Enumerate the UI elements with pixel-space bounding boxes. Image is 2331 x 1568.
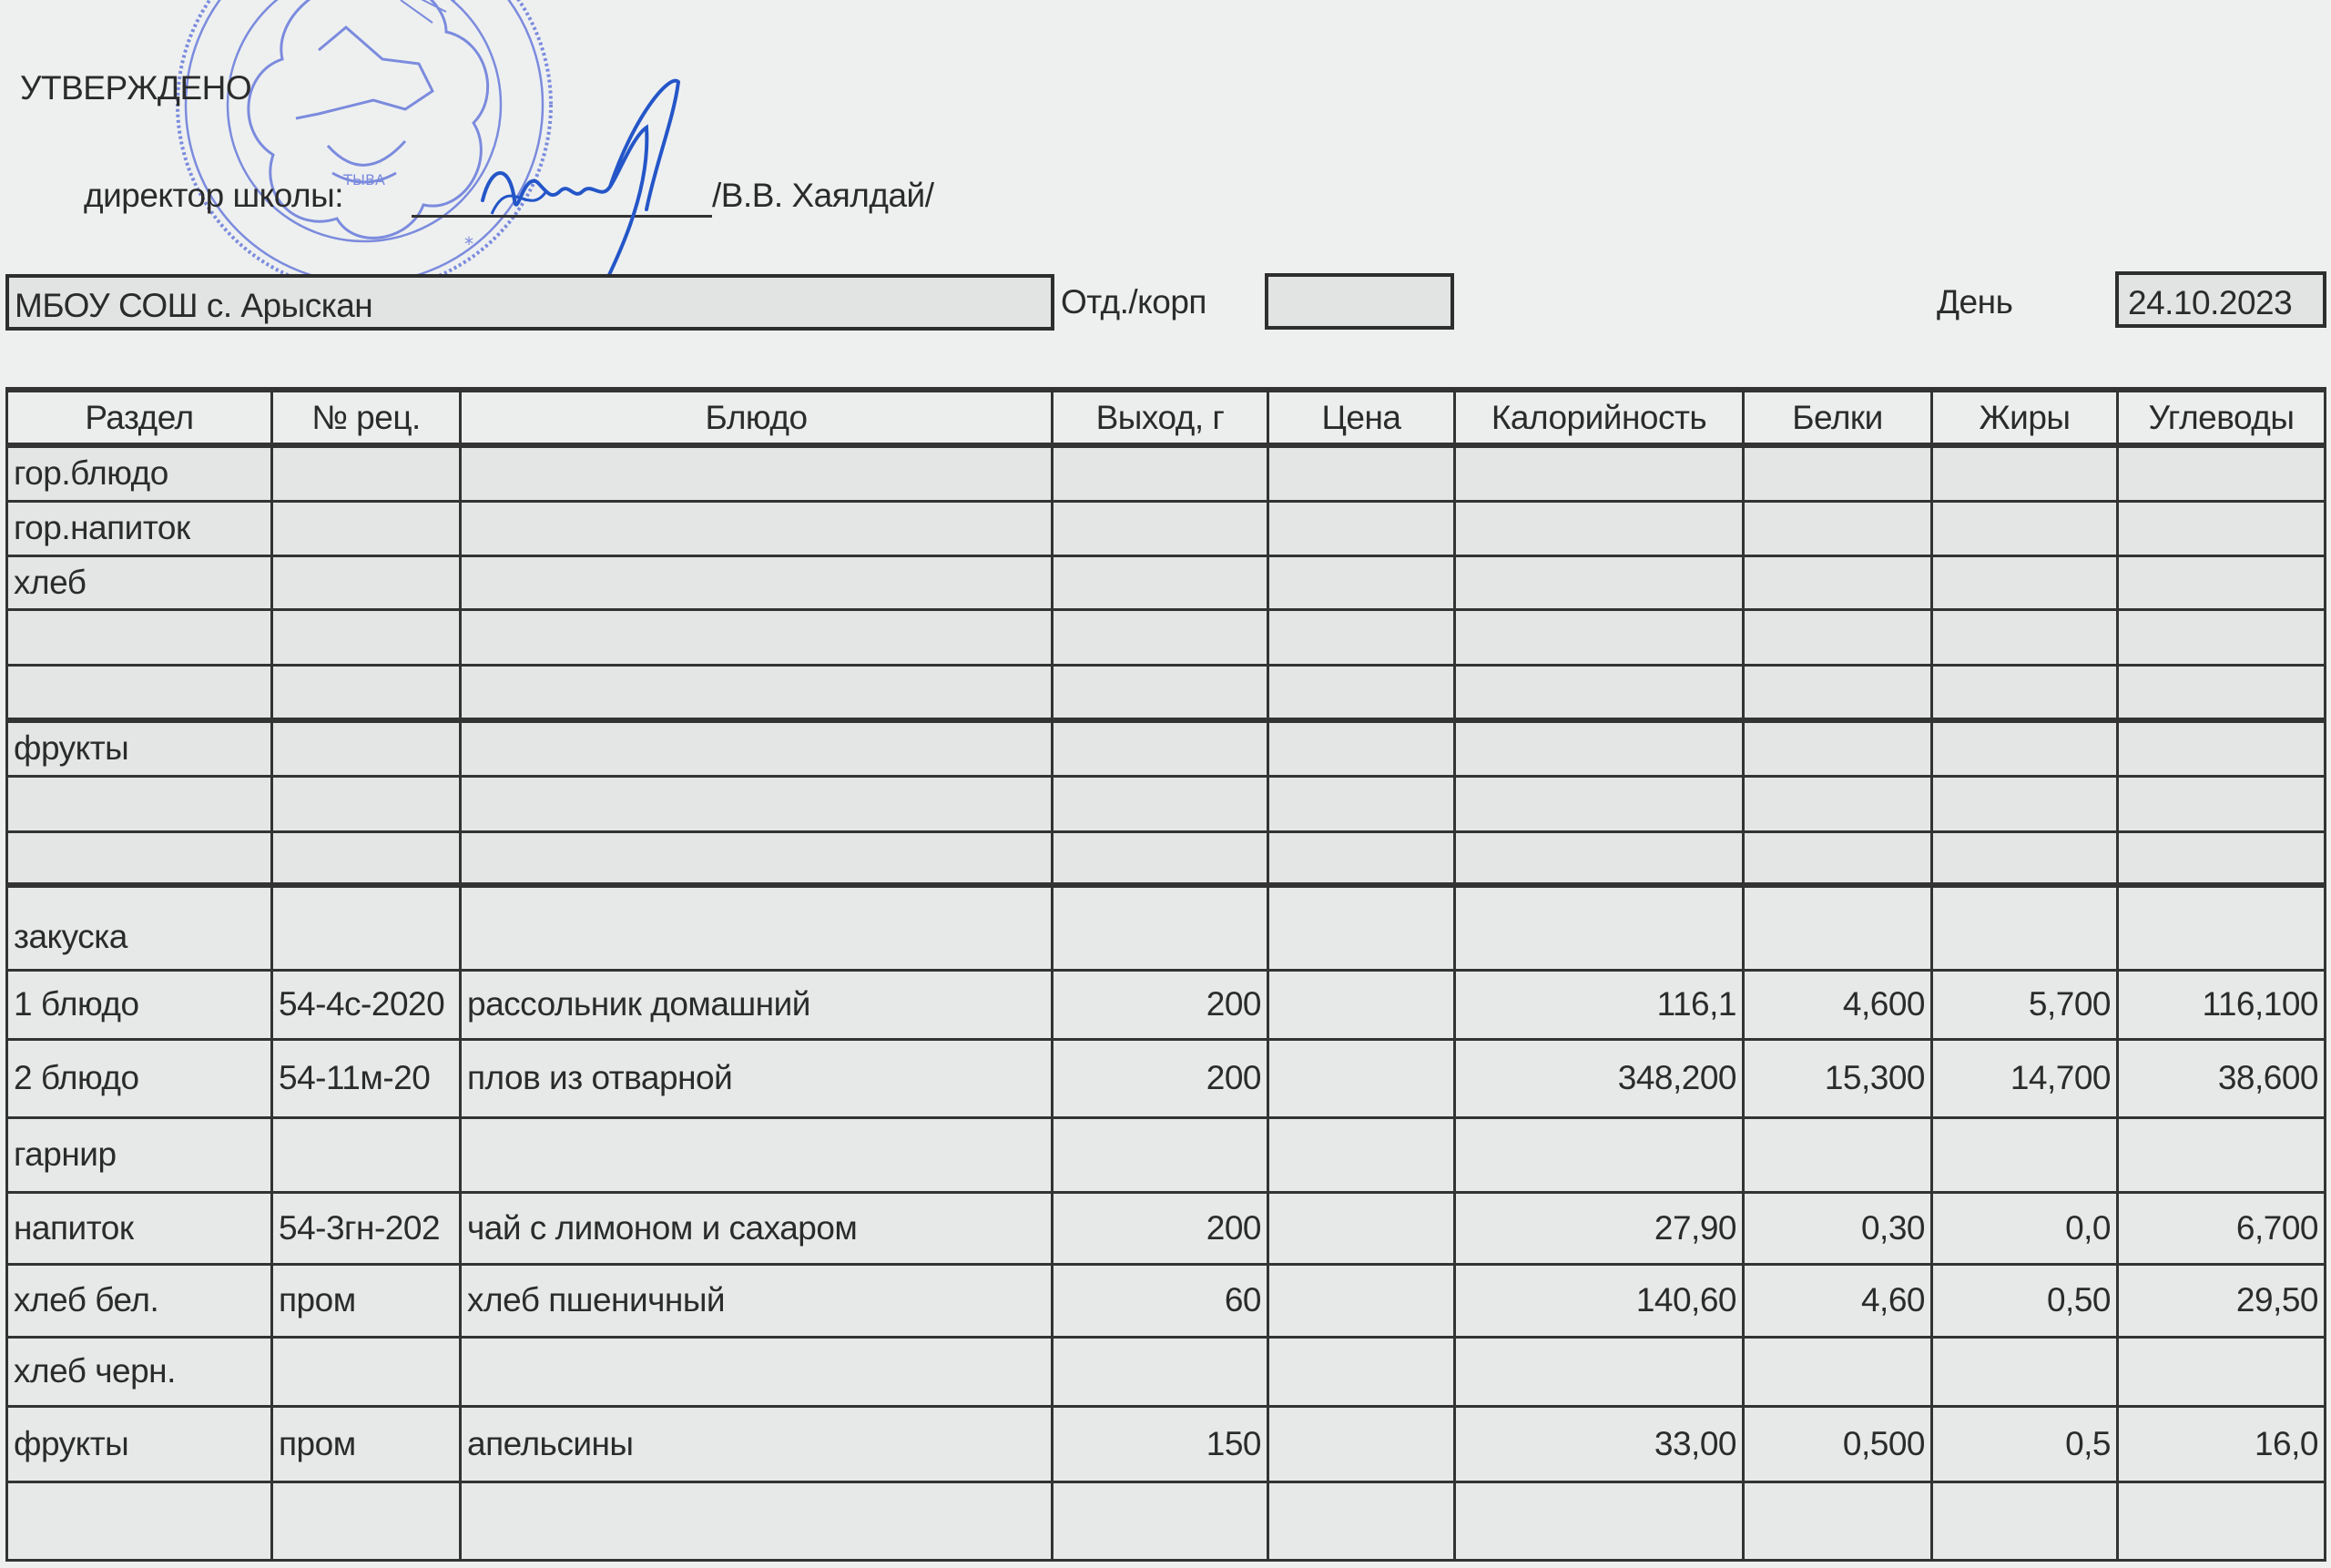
cell-carbs[interactable]: 38,600 [2118, 1039, 2326, 1117]
cell-calories[interactable] [1455, 831, 1744, 885]
cell-dish[interactable] [461, 885, 1053, 970]
svg-text:*: * [464, 233, 473, 255]
cell-yield[interactable]: 150 [1053, 1406, 1268, 1481]
cell-calories[interactable] [1455, 555, 1744, 609]
cell-price[interactable] [1268, 665, 1455, 720]
cell-section[interactable] [7, 776, 272, 831]
cell-dish[interactable] [461, 831, 1053, 885]
cell-calories[interactable]: 27,90 [1455, 1192, 1744, 1264]
cell-calories[interactable] [1455, 1337, 1744, 1406]
table-row [7, 776, 2326, 831]
cell-recipe[interactable]: 54-4с-2020 [272, 970, 461, 1039]
cell-protein[interactable] [1744, 501, 1932, 555]
cell-recipe[interactable] [272, 609, 461, 665]
cell-fat[interactable] [1932, 665, 2118, 720]
cell-recipe[interactable] [272, 1481, 461, 1560]
cell-carbs[interactable] [2118, 501, 2326, 555]
cell-calories[interactable] [1455, 501, 1744, 555]
cell-dish[interactable]: чай с лимоном и сахаром [461, 1192, 1053, 1264]
table-row: закуска [7, 885, 2326, 970]
cell-dish[interactable]: апельсины [461, 1406, 1053, 1481]
cell-fat[interactable] [1932, 831, 2118, 885]
cell-protein[interactable]: 0,500 [1744, 1406, 1932, 1481]
cell-yield[interactable] [1053, 1117, 1268, 1192]
cell-recipe[interactable] [272, 555, 461, 609]
cell-fat[interactable] [1932, 609, 2118, 665]
col-header-fat: Жиры [1932, 390, 2118, 445]
cell-protein[interactable] [1744, 885, 1932, 970]
cell-protein[interactable] [1744, 720, 1932, 776]
cell-price[interactable] [1268, 445, 1455, 501]
cell-protein[interactable]: 0,30 [1744, 1192, 1932, 1264]
cell-fat[interactable] [1932, 776, 2118, 831]
cell-dish[interactable] [461, 1337, 1053, 1406]
cell-dish[interactable] [461, 720, 1053, 776]
cell-section[interactable] [7, 609, 272, 665]
cell-recipe[interactable] [272, 885, 461, 970]
cell-protein[interactable]: 15,300 [1744, 1039, 1932, 1117]
cell-carbs[interactable] [2118, 1337, 2326, 1406]
department-label: Отд./корп [1061, 285, 1206, 319]
cell-calories[interactable]: 140,60 [1455, 1264, 1744, 1337]
cell-section[interactable]: напиток [7, 1192, 272, 1264]
cell-section[interactable] [7, 831, 272, 885]
col-header-recipe: № рец. [272, 390, 461, 445]
cell-protein[interactable] [1744, 665, 1932, 720]
cell-calories[interactable] [1455, 665, 1744, 720]
cell-calories[interactable] [1455, 885, 1744, 970]
cell-fat[interactable]: 14,700 [1932, 1039, 2118, 1117]
cell-section[interactable]: гор.напиток [7, 501, 272, 555]
cell-protein[interactable] [1744, 445, 1932, 501]
col-header-protein: Белки [1744, 390, 1932, 445]
cell-fat[interactable] [1932, 501, 2118, 555]
cell-recipe[interactable]: пром [272, 1406, 461, 1481]
cell-fat[interactable]: 0,0 [1932, 1192, 2118, 1264]
cell-price[interactable] [1268, 1117, 1455, 1192]
cell-yield[interactable] [1053, 1337, 1268, 1406]
cell-recipe[interactable] [272, 445, 461, 501]
cell-dish[interactable] [461, 776, 1053, 831]
cell-section[interactable]: хлеб [7, 555, 272, 609]
cell-carbs[interactable]: 29,50 [2118, 1264, 2326, 1337]
cell-calories[interactable] [1455, 776, 1744, 831]
cell-yield[interactable] [1053, 665, 1268, 720]
cell-section[interactable]: 2 блюдо [7, 1039, 272, 1117]
cell-fat[interactable] [1932, 720, 2118, 776]
cell-recipe[interactable] [272, 831, 461, 885]
col-header-yield: Выход, г [1053, 390, 1268, 445]
cell-recipe[interactable] [272, 501, 461, 555]
cell-protein[interactable] [1744, 609, 1932, 665]
cell-carbs[interactable] [2118, 776, 2326, 831]
cell-yield[interactable] [1053, 720, 1268, 776]
cell-protein[interactable] [1744, 831, 1932, 885]
cell-fat[interactable]: 5,700 [1932, 970, 2118, 1039]
cell-calories[interactable]: 116,1 [1455, 970, 1744, 1039]
cell-price[interactable] [1268, 776, 1455, 831]
cell-calories[interactable] [1455, 1117, 1744, 1192]
cell-fat[interactable] [1932, 1117, 2118, 1192]
cell-dish[interactable] [461, 501, 1053, 555]
cell-protein[interactable] [1744, 1117, 1932, 1192]
cell-carbs[interactable] [2118, 885, 2326, 970]
cell-yield[interactable] [1053, 831, 1268, 885]
cell-price[interactable] [1268, 720, 1455, 776]
cell-section[interactable]: закуска [7, 885, 272, 970]
cell-dish[interactable]: хлеб пшеничный [461, 1264, 1053, 1337]
cell-section[interactable] [7, 1481, 272, 1560]
department-field[interactable] [1265, 273, 1454, 330]
cell-fat[interactable] [1932, 1337, 2118, 1406]
cell-dish[interactable] [461, 1481, 1053, 1560]
cell-price[interactable] [1268, 1337, 1455, 1406]
cell-recipe[interactable]: 54-11м-20 [272, 1039, 461, 1117]
cell-price[interactable] [1268, 501, 1455, 555]
cell-recipe[interactable] [272, 665, 461, 720]
cell-yield[interactable]: 60 [1053, 1264, 1268, 1337]
cell-yield[interactable] [1053, 609, 1268, 665]
cell-section[interactable]: хлеб черн. [7, 1337, 272, 1406]
cell-yield[interactable] [1053, 776, 1268, 831]
organization-field[interactable]: МБОУ СОШ с. Арыскан [5, 274, 1054, 331]
cell-section[interactable]: гор.блюдо [7, 445, 272, 501]
cell-section[interactable]: хлеб бел. [7, 1264, 272, 1337]
cell-protein[interactable] [1744, 1481, 1932, 1560]
col-header-carbs: Углеводы [2118, 390, 2326, 445]
cell-protein[interactable] [1744, 555, 1932, 609]
cell-calories[interactable] [1455, 445, 1744, 501]
cell-dish[interactable]: рассольник домашний [461, 970, 1053, 1039]
cell-calories[interactable]: 33,00 [1455, 1406, 1744, 1481]
cell-yield[interactable] [1053, 555, 1268, 609]
cell-yield[interactable]: 200 [1053, 970, 1268, 1039]
cell-carbs[interactable] [2118, 720, 2326, 776]
cell-yield[interactable]: 200 [1053, 1039, 1268, 1117]
cell-dish[interactable]: плов из отварной [461, 1039, 1053, 1117]
cell-calories[interactable] [1455, 720, 1744, 776]
table-row [7, 831, 2326, 885]
table-row: фрукты [7, 720, 2326, 776]
cell-calories[interactable] [1455, 609, 1744, 665]
approval-heading: УТВЕРЖДЕНО [20, 71, 251, 105]
cell-price[interactable] [1268, 555, 1455, 609]
table-row: хлеб черн. [7, 1337, 2326, 1406]
cell-recipe[interactable] [272, 776, 461, 831]
cell-dish[interactable] [461, 609, 1053, 665]
cell-carbs[interactable]: 6,700 [2118, 1192, 2326, 1264]
cell-recipe[interactable] [272, 1337, 461, 1406]
table-row: хлеб бел. пром хлеб пшеничный 60 140,60 … [7, 1264, 2326, 1337]
table-row: фрукты пром апельсины 150 33,00 0,500 0,… [7, 1406, 2326, 1481]
cell-price[interactable] [1268, 885, 1455, 970]
cell-yield[interactable] [1053, 885, 1268, 970]
cell-carbs[interactable] [2118, 609, 2326, 665]
cell-carbs[interactable] [2118, 445, 2326, 501]
cell-fat[interactable] [1932, 1481, 2118, 1560]
cell-recipe[interactable] [272, 1117, 461, 1192]
cell-protein[interactable] [1744, 776, 1932, 831]
table-row: гарнир [7, 1117, 2326, 1192]
cell-section[interactable] [7, 665, 272, 720]
director-role-label: директор школы: [84, 178, 343, 212]
col-header-section: Раздел [7, 390, 272, 445]
cell-carbs[interactable] [2118, 1481, 2326, 1560]
cell-price[interactable] [1268, 1192, 1455, 1264]
cell-dish[interactable] [461, 1117, 1053, 1192]
table-row: гор.напиток [7, 501, 2326, 555]
table-row: хлеб [7, 555, 2326, 609]
cell-fat[interactable]: 0,50 [1932, 1264, 2118, 1337]
table-row: 2 блюдо 54-11м-20 плов из отварной 200 3… [7, 1039, 2326, 1117]
cell-fat[interactable] [1932, 555, 2118, 609]
cell-carbs[interactable] [2118, 831, 2326, 885]
cell-dish[interactable] [461, 665, 1053, 720]
table-row: 1 блюдо 54-4с-2020 рассольник домашний 2… [7, 970, 2326, 1039]
cell-section[interactable]: 1 блюдо [7, 970, 272, 1039]
cell-protein[interactable]: 4,600 [1744, 970, 1932, 1039]
cell-carbs[interactable]: 16,0 [2118, 1406, 2326, 1481]
cell-recipe[interactable]: 54-3гн-202 [272, 1192, 461, 1264]
cell-recipe[interactable] [272, 720, 461, 776]
cell-fat[interactable] [1932, 885, 2118, 970]
table-row: гор.блюдо [7, 445, 2326, 501]
cell-protein[interactable]: 4,60 [1744, 1264, 1932, 1337]
table-row [7, 665, 2326, 720]
day-value: 24.10.2023 [2128, 286, 2292, 320]
cell-section[interactable]: гарнир [7, 1117, 272, 1192]
col-header-price: Цена [1268, 390, 1455, 445]
table-header-row: Раздел № рец. Блюдо Выход, г Цена Калори… [7, 390, 2326, 445]
cell-yield[interactable] [1053, 1481, 1268, 1560]
cell-price[interactable] [1268, 1039, 1455, 1117]
cell-fat[interactable]: 0,5 [1932, 1406, 2118, 1481]
cell-price[interactable] [1268, 970, 1455, 1039]
cell-price[interactable] [1268, 609, 1455, 665]
cell-price[interactable] [1268, 1406, 1455, 1481]
cell-price[interactable] [1268, 831, 1455, 885]
cell-calories[interactable]: 348,200 [1455, 1039, 1744, 1117]
cell-calories[interactable] [1455, 1481, 1744, 1560]
cell-yield[interactable] [1053, 501, 1268, 555]
cell-recipe[interactable]: пром [272, 1264, 461, 1337]
cell-section[interactable]: фрукты [7, 1406, 272, 1481]
cell-carbs[interactable] [2118, 555, 2326, 609]
cell-dish[interactable] [461, 445, 1053, 501]
table-row [7, 1481, 2326, 1560]
svg-text:ТЫВА: ТЫВА [342, 171, 385, 188]
cell-protein[interactable] [1744, 1337, 1932, 1406]
day-label: День [1937, 285, 2012, 319]
cell-section[interactable]: фрукты [7, 720, 272, 776]
cell-carbs[interactable]: 116,100 [2118, 970, 2326, 1039]
cell-dish[interactable] [461, 555, 1053, 609]
cell-yield[interactable]: 200 [1053, 1192, 1268, 1264]
cell-carbs[interactable] [2118, 1117, 2326, 1192]
col-header-dish: Блюдо [461, 390, 1053, 445]
day-field[interactable]: 24.10.2023 [2115, 271, 2326, 328]
organization-value: МБОУ СОШ с. Арыскан [15, 289, 372, 322]
table-row: напиток 54-3гн-202 чай с лимоном и сахар… [7, 1192, 2326, 1264]
menu-table: Раздел № рец. Блюдо Выход, г Цена Калори… [5, 387, 2326, 1562]
cell-price[interactable] [1268, 1481, 1455, 1560]
col-header-calories: Калорийность [1455, 390, 1744, 445]
table-row [7, 609, 2326, 665]
cell-yield[interactable] [1053, 445, 1268, 501]
cell-fat[interactable] [1932, 445, 2118, 501]
cell-carbs[interactable] [2118, 665, 2326, 720]
cell-price[interactable] [1268, 1264, 1455, 1337]
